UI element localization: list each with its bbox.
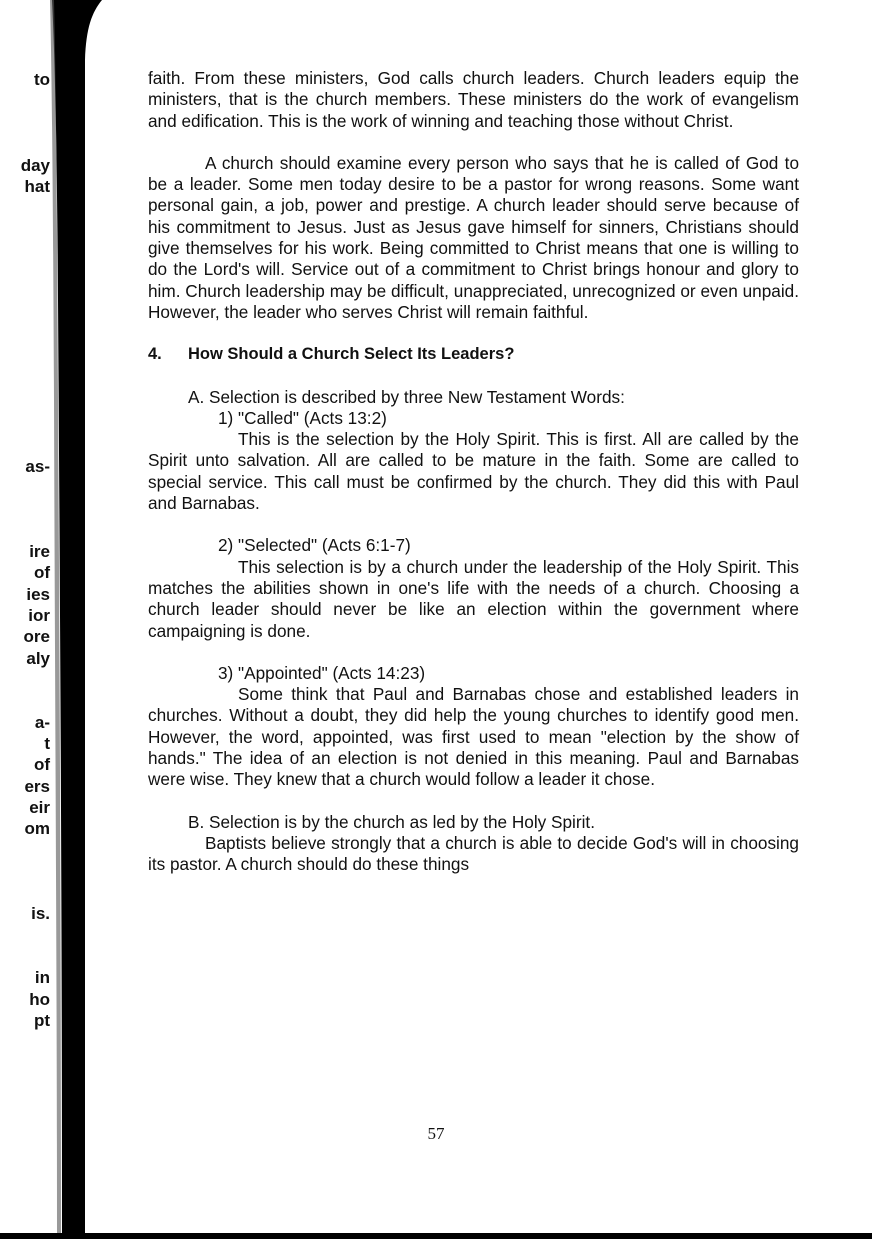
facing-page-fragment: ers — [24, 776, 50, 797]
subsection-b-label: B. Selection is by the church as led by … — [148, 812, 799, 833]
item-selected-title: 2) "Selected" (Acts 6:1-7) — [148, 535, 799, 556]
facing-page-fragment: ire — [29, 541, 50, 562]
facing-page-fragment: day — [21, 155, 50, 176]
facing-page-fragment: ior — [28, 605, 50, 626]
scan-bottom-edge — [0, 1233, 872, 1239]
facing-page-fragment: in — [35, 967, 50, 988]
facing-page-fragment: pt — [34, 1010, 50, 1031]
facing-page-fragment: a- — [35, 712, 50, 733]
section-heading: 4. How Should a Church Select Its Leader… — [148, 344, 799, 365]
facing-page-fragment: as- — [25, 456, 50, 477]
facing-page-fragments: to day hat as- ire of ies ior ore aly a-… — [0, 0, 50, 1239]
facing-page-fragment: ore — [24, 626, 50, 647]
item-called-title: 1) "Called" (Acts 13:2) — [148, 408, 799, 429]
subsection-a-label: A. Selection is described by three New T… — [148, 387, 799, 408]
section-title: How Should a Church Select Its Leaders? — [188, 344, 514, 365]
facing-page-fragment: eir — [29, 797, 50, 818]
facing-page-fragment: of — [34, 562, 50, 583]
page-number: 57 — [0, 1124, 872, 1144]
facing-page-fragment: hat — [25, 176, 51, 197]
facing-page-fragment: om — [25, 818, 51, 839]
facing-page-fragment: to — [34, 69, 50, 90]
item-appointed-body: Some think that Paul and Barnabas chose … — [148, 684, 799, 790]
item-selected-body: This selection is by a church under the … — [148, 557, 799, 642]
item-called-body: This is the selection by the Holy Spirit… — [148, 429, 799, 514]
item-appointed-title: 3) "Appointed" (Acts 14:23) — [148, 663, 799, 684]
facing-page-fragment: aly — [26, 648, 50, 669]
section-number: 4. — [148, 344, 188, 365]
facing-page-fragment: ho — [29, 989, 50, 1010]
page-body: faith. From these ministers, God calls c… — [148, 68, 799, 876]
facing-page-fragment: of — [34, 754, 50, 775]
subsection-b-body: Baptists believe strongly that a church … — [148, 833, 799, 876]
paragraph-intro: faith. From these ministers, God calls c… — [148, 68, 799, 132]
facing-page-fragment: t — [44, 733, 50, 754]
paragraph-examine-leaders: A church should examine every person who… — [148, 153, 799, 323]
facing-page-fragment: is. — [31, 903, 50, 924]
facing-page-fragment: ies — [26, 584, 50, 605]
